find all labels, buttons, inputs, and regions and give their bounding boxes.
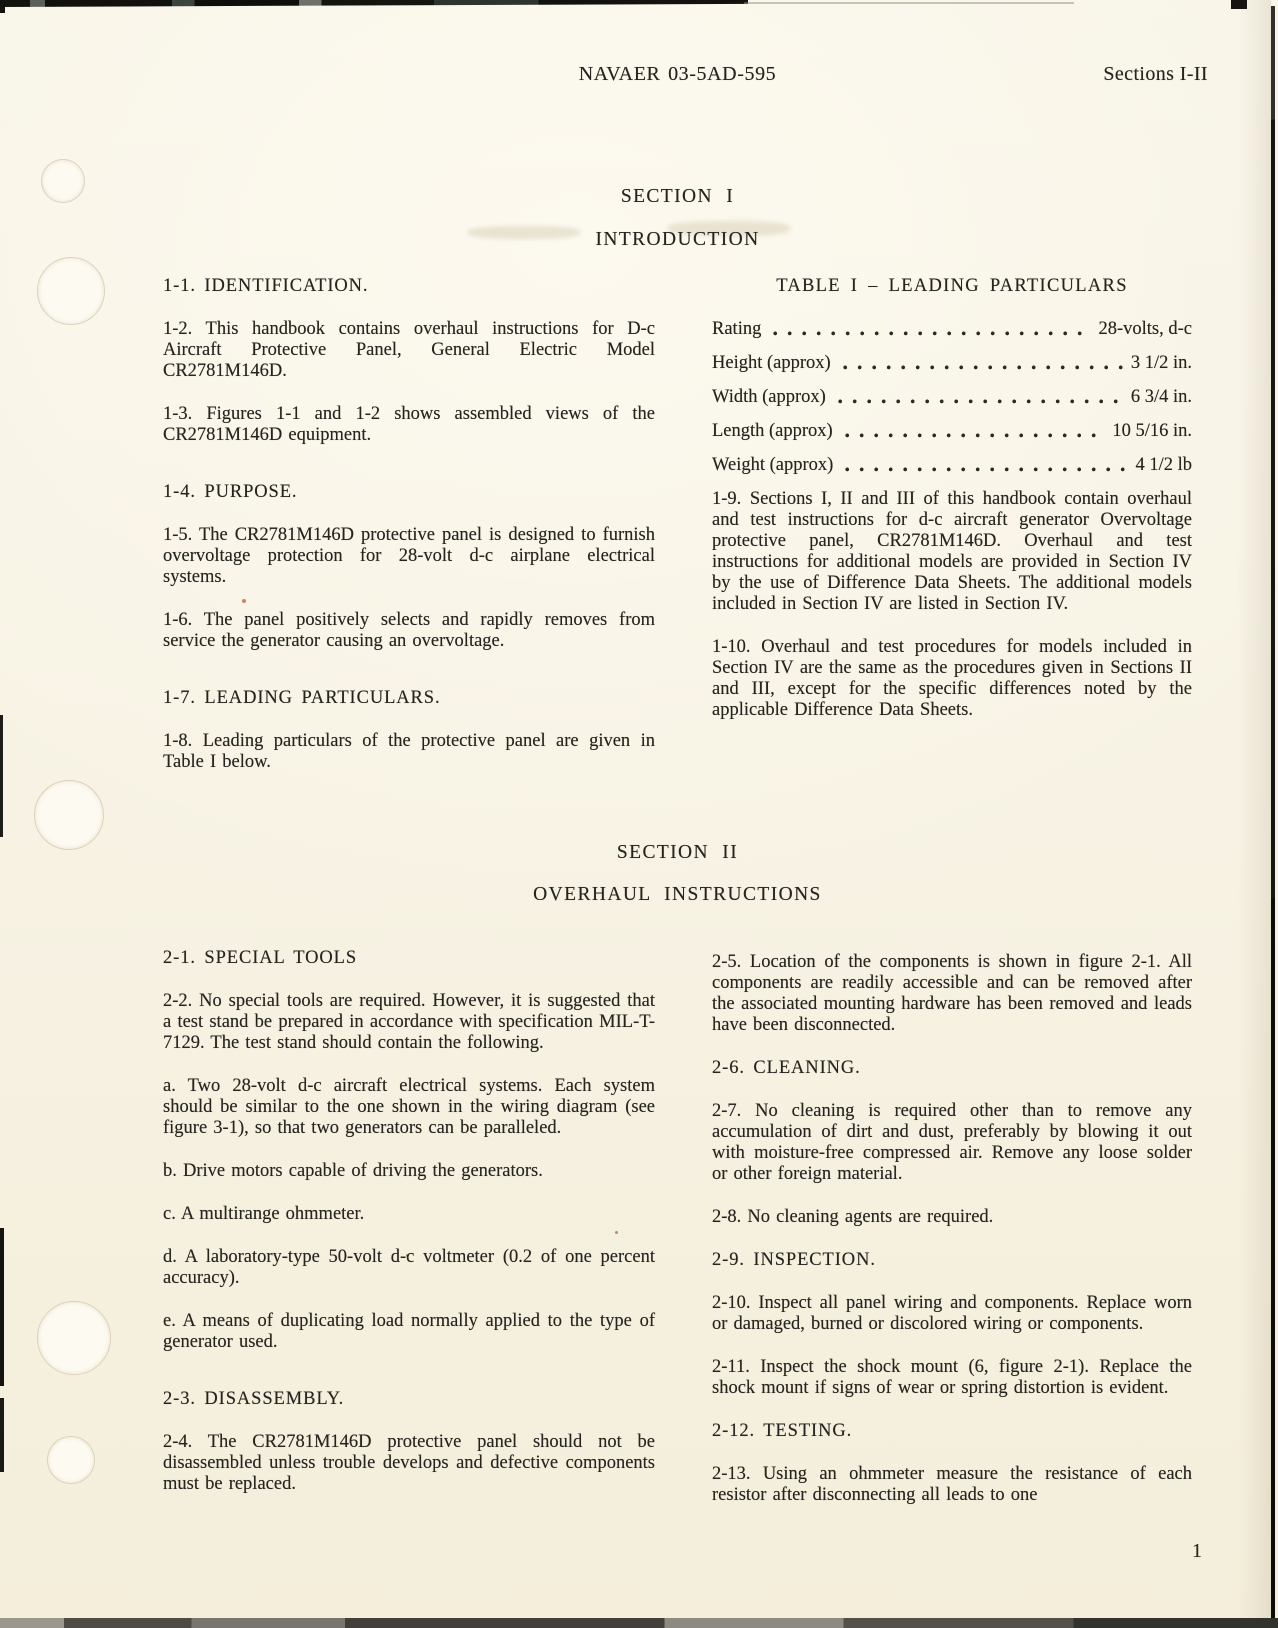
scan-edge-right [1271, 6, 1275, 1628]
section-1-title: SECTION I [163, 186, 1192, 208]
section-2-right-column: 2-5. Location of the components is shown… [712, 952, 1192, 1528]
para-2-2: 2-2. No special tools are required. Howe… [163, 991, 655, 1054]
table-row-label: Rating [712, 319, 761, 340]
heading-1-7: 1-7. LEADING PARTICULARS. [163, 688, 655, 709]
heading-2-1: 2-1. SPECIAL TOOLS [163, 948, 655, 969]
table-row-value: 10 5/16 in. [1112, 421, 1192, 442]
punch-hole [47, 1436, 95, 1484]
para-2-2b: b. Drive motors capable of driving the g… [163, 1161, 655, 1182]
table-row: Weight (approx) 4 1/2 lb [712, 455, 1192, 476]
table-1-title: TABLE I – LEADING PARTICULARS [712, 276, 1192, 297]
scan-edge-left-a [0, 715, 3, 837]
section-1-left-column: 1-1. IDENTIFICATION. 1-2. This handbook … [163, 276, 655, 795]
para-2-5: 2-5. Location of the components is shown… [712, 952, 1192, 1036]
para-1-10: 1-10. Overhaul and test procedures for m… [712, 637, 1192, 721]
heading-1-1: 1-1. IDENTIFICATION. [163, 276, 655, 297]
dotted-leader [843, 365, 1125, 370]
para-2-13: 2-13. Using an ohmmeter measure the resi… [712, 1464, 1192, 1506]
para-1-8: 1-8. Leading particulars of the protecti… [163, 731, 655, 773]
scan-edge-left-top [0, 0, 5, 13]
para-1-2: 1-2. This handbook contains overhaul ins… [163, 319, 655, 382]
heading-2-12: 2-12. TESTING. [712, 1421, 1192, 1442]
scan-shade-right [1238, 0, 1271, 1628]
scan-edge-bottom [0, 1618, 1278, 1628]
dotted-leader [845, 433, 1107, 438]
para-1-5: 1-5. The CR2781M146D protective panel is… [163, 525, 655, 588]
table-row-value: 3 1/2 in. [1131, 353, 1192, 374]
table-row-value: 28-volts, d-c [1098, 319, 1192, 340]
table-row-label: Height (approx) [712, 353, 831, 374]
heading-1-4: 1-4. PURPOSE. [163, 482, 655, 503]
para-2-4: 2-4. The CR2781M146D protective panel sh… [163, 1432, 655, 1495]
section-2-subtitle: OVERHAUL INSTRUCTIONS [163, 884, 1192, 906]
scan-edge-left-c [0, 1398, 4, 1472]
table-row-label: Length (approx) [712, 421, 833, 442]
section-2-title: SECTION II [163, 842, 1192, 864]
heading-2-3: 2-3. DISASSEMBLY. [163, 1389, 655, 1410]
table-row: Length (approx) 10 5/16 in. [712, 421, 1192, 442]
header-sections-label: Sections I-II [1103, 63, 1208, 86]
para-2-2d: d. A laboratory-type 50-volt d-c voltmet… [163, 1247, 655, 1289]
para-2-2e: e. A means of duplicating load normally … [163, 1311, 655, 1353]
para-2-10: 2-10. Inspect all panel wiring and compo… [712, 1293, 1192, 1335]
section-1-subtitle: INTRODUCTION [163, 229, 1192, 251]
table-row: Width (approx) 6 3/4 in. [712, 387, 1192, 408]
scan-edge-top-faint [744, 2, 1074, 4]
table-row-label: Weight (approx) [712, 455, 833, 476]
dotted-leader [845, 467, 1129, 472]
scanned-manual-page: NAVAER 03-5AD-595 Sections I-II SECTION … [0, 0, 1278, 1628]
document-number: NAVAER 03-5AD-595 [163, 63, 1192, 86]
punch-hole [34, 780, 104, 850]
para-2-11: 2-11. Inspect the shock mount (6, figure… [712, 1357, 1192, 1399]
dotted-leader [838, 399, 1125, 404]
heading-2-6: 2-6. CLEANING. [712, 1058, 1192, 1079]
table-row-value: 6 3/4 in. [1131, 387, 1192, 408]
para-1-6: 1-6. The panel positively selects and ra… [163, 610, 655, 652]
para-1-3: 1-3. Figures 1-1 and 1-2 shows assembled… [163, 404, 655, 446]
table-row: Rating 28-volts, d-c [712, 319, 1192, 340]
punch-hole [37, 1301, 111, 1375]
scan-edge-top [0, 0, 748, 7]
para-2-8: 2-8. No cleaning agents are required. [712, 1207, 1192, 1228]
punch-hole [41, 159, 85, 203]
table-row-label: Width (approx) [712, 387, 826, 408]
punch-hole [37, 257, 105, 325]
para-2-7: 2-7. No cleaning is required other than … [712, 1101, 1192, 1185]
table-row: Height (approx) 3 1/2 in. [712, 353, 1192, 374]
dotted-leader [773, 331, 1092, 336]
para-1-9: 1-9. Sections I, II and III of this hand… [712, 489, 1192, 615]
table-row-value: 4 1/2 lb [1135, 455, 1192, 476]
page-number: 1 [1192, 1540, 1202, 1563]
heading-2-9: 2-9. INSPECTION. [712, 1250, 1192, 1271]
para-2-2a: a. Two 28-volt d-c aircraft electrical s… [163, 1076, 655, 1139]
section-1-right-column: TABLE I – LEADING PARTICULARS Rating 28-… [712, 276, 1192, 743]
section-2-left-column: 2-1. SPECIAL TOOLS 2-2. No special tools… [163, 948, 655, 1517]
para-2-2c: c. A multirange ohmmeter. [163, 1204, 655, 1225]
scan-edge-left-b [0, 1228, 4, 1386]
